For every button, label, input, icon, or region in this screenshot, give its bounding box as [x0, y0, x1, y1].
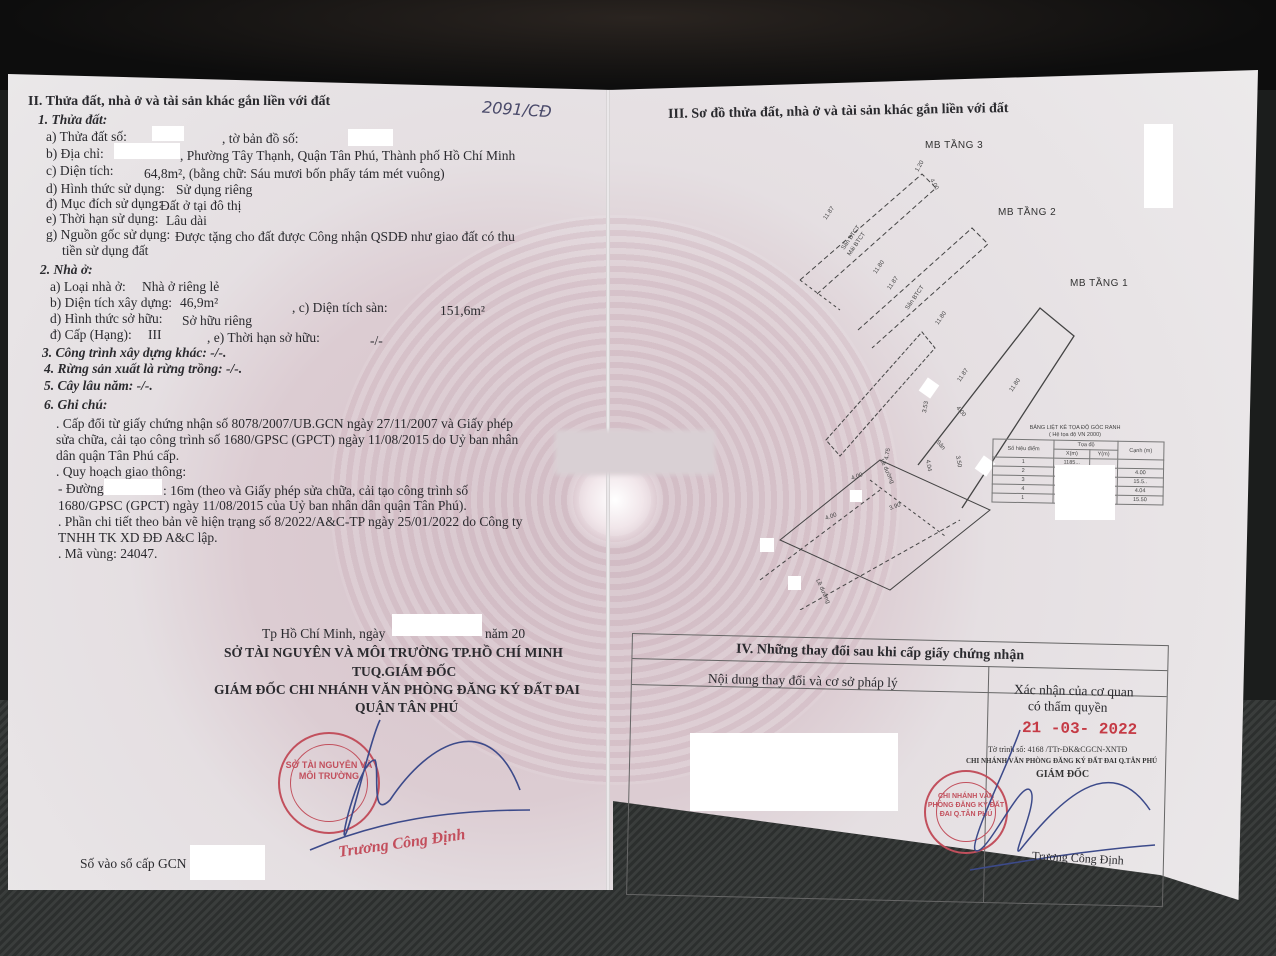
svg-text:4.75: 4.75 [884, 447, 892, 460]
grade-label: đ) Cấp (Hạng): [50, 327, 132, 342]
svg-text:11.87: 11.87 [957, 367, 971, 383]
ownership-label: d) Hình thức sở hữu: [50, 311, 163, 326]
parcel-no-label: a) Thửa đất số: [46, 129, 127, 144]
blurred-region [555, 430, 715, 475]
redacted-road-name [104, 479, 162, 495]
sig-line-1: SỞ TÀI NGUYÊN VÀ MÔI TRƯỜNG TP.HỒ CHÍ MI… [224, 645, 563, 660]
note-line-6: 1680/GPSC (GPCT) ngày 11/08/2015 của Uỷ … [58, 498, 467, 513]
svg-text:4.04: 4.04 [924, 459, 932, 472]
land-heading: 1. Thửa đất: [38, 112, 107, 127]
purpose-label: đ) Mục đích sử dụng: [46, 196, 162, 211]
redacted-mark-4 [788, 576, 801, 590]
svg-text:Lề đường: Lề đường [814, 578, 831, 604]
area-value: 64,8m², (bằng chữ: Sáu mươi bốn phẩy tám… [144, 166, 445, 181]
ownership-value: Sở hữu riêng [182, 313, 252, 328]
note-road-suffix: : 16m (theo và Giấy phép sửa chữa, cải t… [163, 483, 468, 498]
redacted-registry-no [190, 845, 265, 880]
notes-heading: 6. Ghi chú: [44, 397, 107, 412]
svg-text:4.00: 4.00 [851, 472, 865, 482]
floor-area-value: 151,6m² [440, 303, 485, 318]
house-type-value: Nhà ở riêng lẻ [142, 279, 219, 294]
perennial: 5. Cây lâu năm: -/-. [44, 378, 153, 393]
origin-label: g) Nguồn gốc sử dụng: [46, 227, 170, 242]
area-label: c) Diện tích: [46, 163, 113, 178]
redacted-map-sheet [348, 129, 393, 146]
map-sheet-label: , tờ bản đồ số: [222, 131, 299, 146]
registry-label: Số vào sổ cấp GCN [80, 856, 187, 871]
svg-text:4.00: 4.00 [928, 178, 939, 192]
svg-text:Sân BTCT: Sân BTCT [905, 284, 926, 311]
house-type-label: a) Loại nhà ở: [50, 279, 126, 294]
section-ii-title: II. Thửa đất, nhà ở và tài sản khác gắn … [28, 94, 330, 109]
svg-text:Sân: Sân [934, 439, 945, 451]
place-date: Tp Hồ Chí Minh, ngày [262, 626, 385, 641]
floor-label-3: MB TẦNG 3 [925, 140, 983, 151]
note-line-4: . Quy hoạch giao thông: [56, 464, 186, 479]
svg-text:4.00: 4.00 [825, 512, 839, 522]
redacted-mark-3 [760, 538, 774, 552]
svg-text:1.20: 1.20 [915, 160, 926, 173]
svg-text:11.87: 11.87 [823, 205, 837, 221]
floor-area-label: , c) Diện tích sàn: [292, 300, 388, 315]
address-value: , Phường Tây Thạnh, Quận Tân Phú, Thành … [180, 148, 515, 163]
address-label: b) Địa chỉ: [46, 146, 104, 161]
build-area-label: b) Diện tích xây dựng: [50, 295, 172, 310]
own-term-label: , e) Thời hạn sở hữu: [207, 330, 320, 345]
redacted-date [392, 614, 482, 636]
forest: 4. Rừng sản xuất là rừng trồng: -/-. [44, 361, 242, 376]
changes-col-confirm-2: có thẩm quyền [1028, 698, 1108, 715]
svg-text:11.80: 11.80 [1009, 377, 1023, 393]
note-line-3: dân quận Tân Phú cấp. [56, 448, 179, 463]
redacted-mark-5 [850, 490, 862, 502]
note-line-1: . Cấp đổi từ giấy chứng nhận số 8078/200… [56, 416, 513, 431]
svg-text:Lề đường: Lề đường [878, 458, 895, 484]
purpose-value: Đất ở tại đô thị [160, 198, 241, 213]
changes-col-confirm-1: Xác nhận của cơ quan [1014, 682, 1134, 700]
redacted-coordinates [1055, 465, 1115, 520]
note-line-7: . Phần chi tiết theo bản vẽ hiện trạng s… [58, 514, 522, 529]
origin-value-line1: Được tặng cho đất được Công nhận QSDĐ nh… [175, 229, 515, 244]
grade-value: III [148, 327, 162, 342]
note-line-2: sửa chữa, cải tạo công trình số 1680/GPS… [56, 432, 518, 447]
note-line-9: . Mã vùng: 24047. [58, 546, 157, 561]
redacted-parcel-no [152, 126, 184, 141]
svg-text:11.80: 11.80 [935, 310, 949, 326]
coord-table-caption: BẢNG LIỆT KÊ TỌA ĐỘ GÓC RANH ( Hệ tọa độ… [1005, 425, 1145, 439]
year-label: năm 20 [485, 626, 525, 641]
svg-text:4.00: 4.00 [954, 405, 967, 418]
land-plan-diagram: 1.20 4.00 11.87 Sân BTCT Mái BTCT 11.80 … [740, 160, 1160, 610]
origin-value-line2: tiền sử dụng đất [62, 243, 148, 258]
build-area-value: 46,9m² [180, 295, 218, 310]
note-line-5: - Đường [58, 481, 104, 496]
term-label: e) Thời hạn sử dụng: [46, 211, 158, 226]
svg-text:3.90: 3.90 [889, 502, 903, 512]
sig-line-2: TUQ.GIÁM ĐỐC [352, 664, 456, 679]
svg-text:3.50: 3.50 [954, 455, 962, 468]
sig-line-3: GIÁM ĐỐC CHI NHÁNH VĂN PHÒNG ĐĂNG KÝ ĐẤT… [214, 682, 580, 697]
redacted-change-content [690, 733, 898, 811]
note-line-8: TNHH TK XD ĐĐ A&C lập. [58, 530, 218, 545]
own-term-value: -/- [370, 333, 383, 348]
redacted-address [114, 143, 180, 159]
use-form-label: d) Hình thức sử dụng: [46, 181, 165, 196]
other-construction: 3. Công trình xây dựng khác: -/-. [42, 345, 226, 360]
house-heading: 2. Nhà ở: [40, 262, 93, 277]
page-fold [606, 90, 610, 890]
use-form-value: Sử dụng riêng [176, 182, 252, 197]
term-value: Lâu dài [166, 213, 207, 228]
svg-text:11.80: 11.80 [873, 259, 887, 275]
svg-text:3.53: 3.53 [922, 400, 930, 413]
svg-text:11.87: 11.87 [887, 275, 901, 291]
